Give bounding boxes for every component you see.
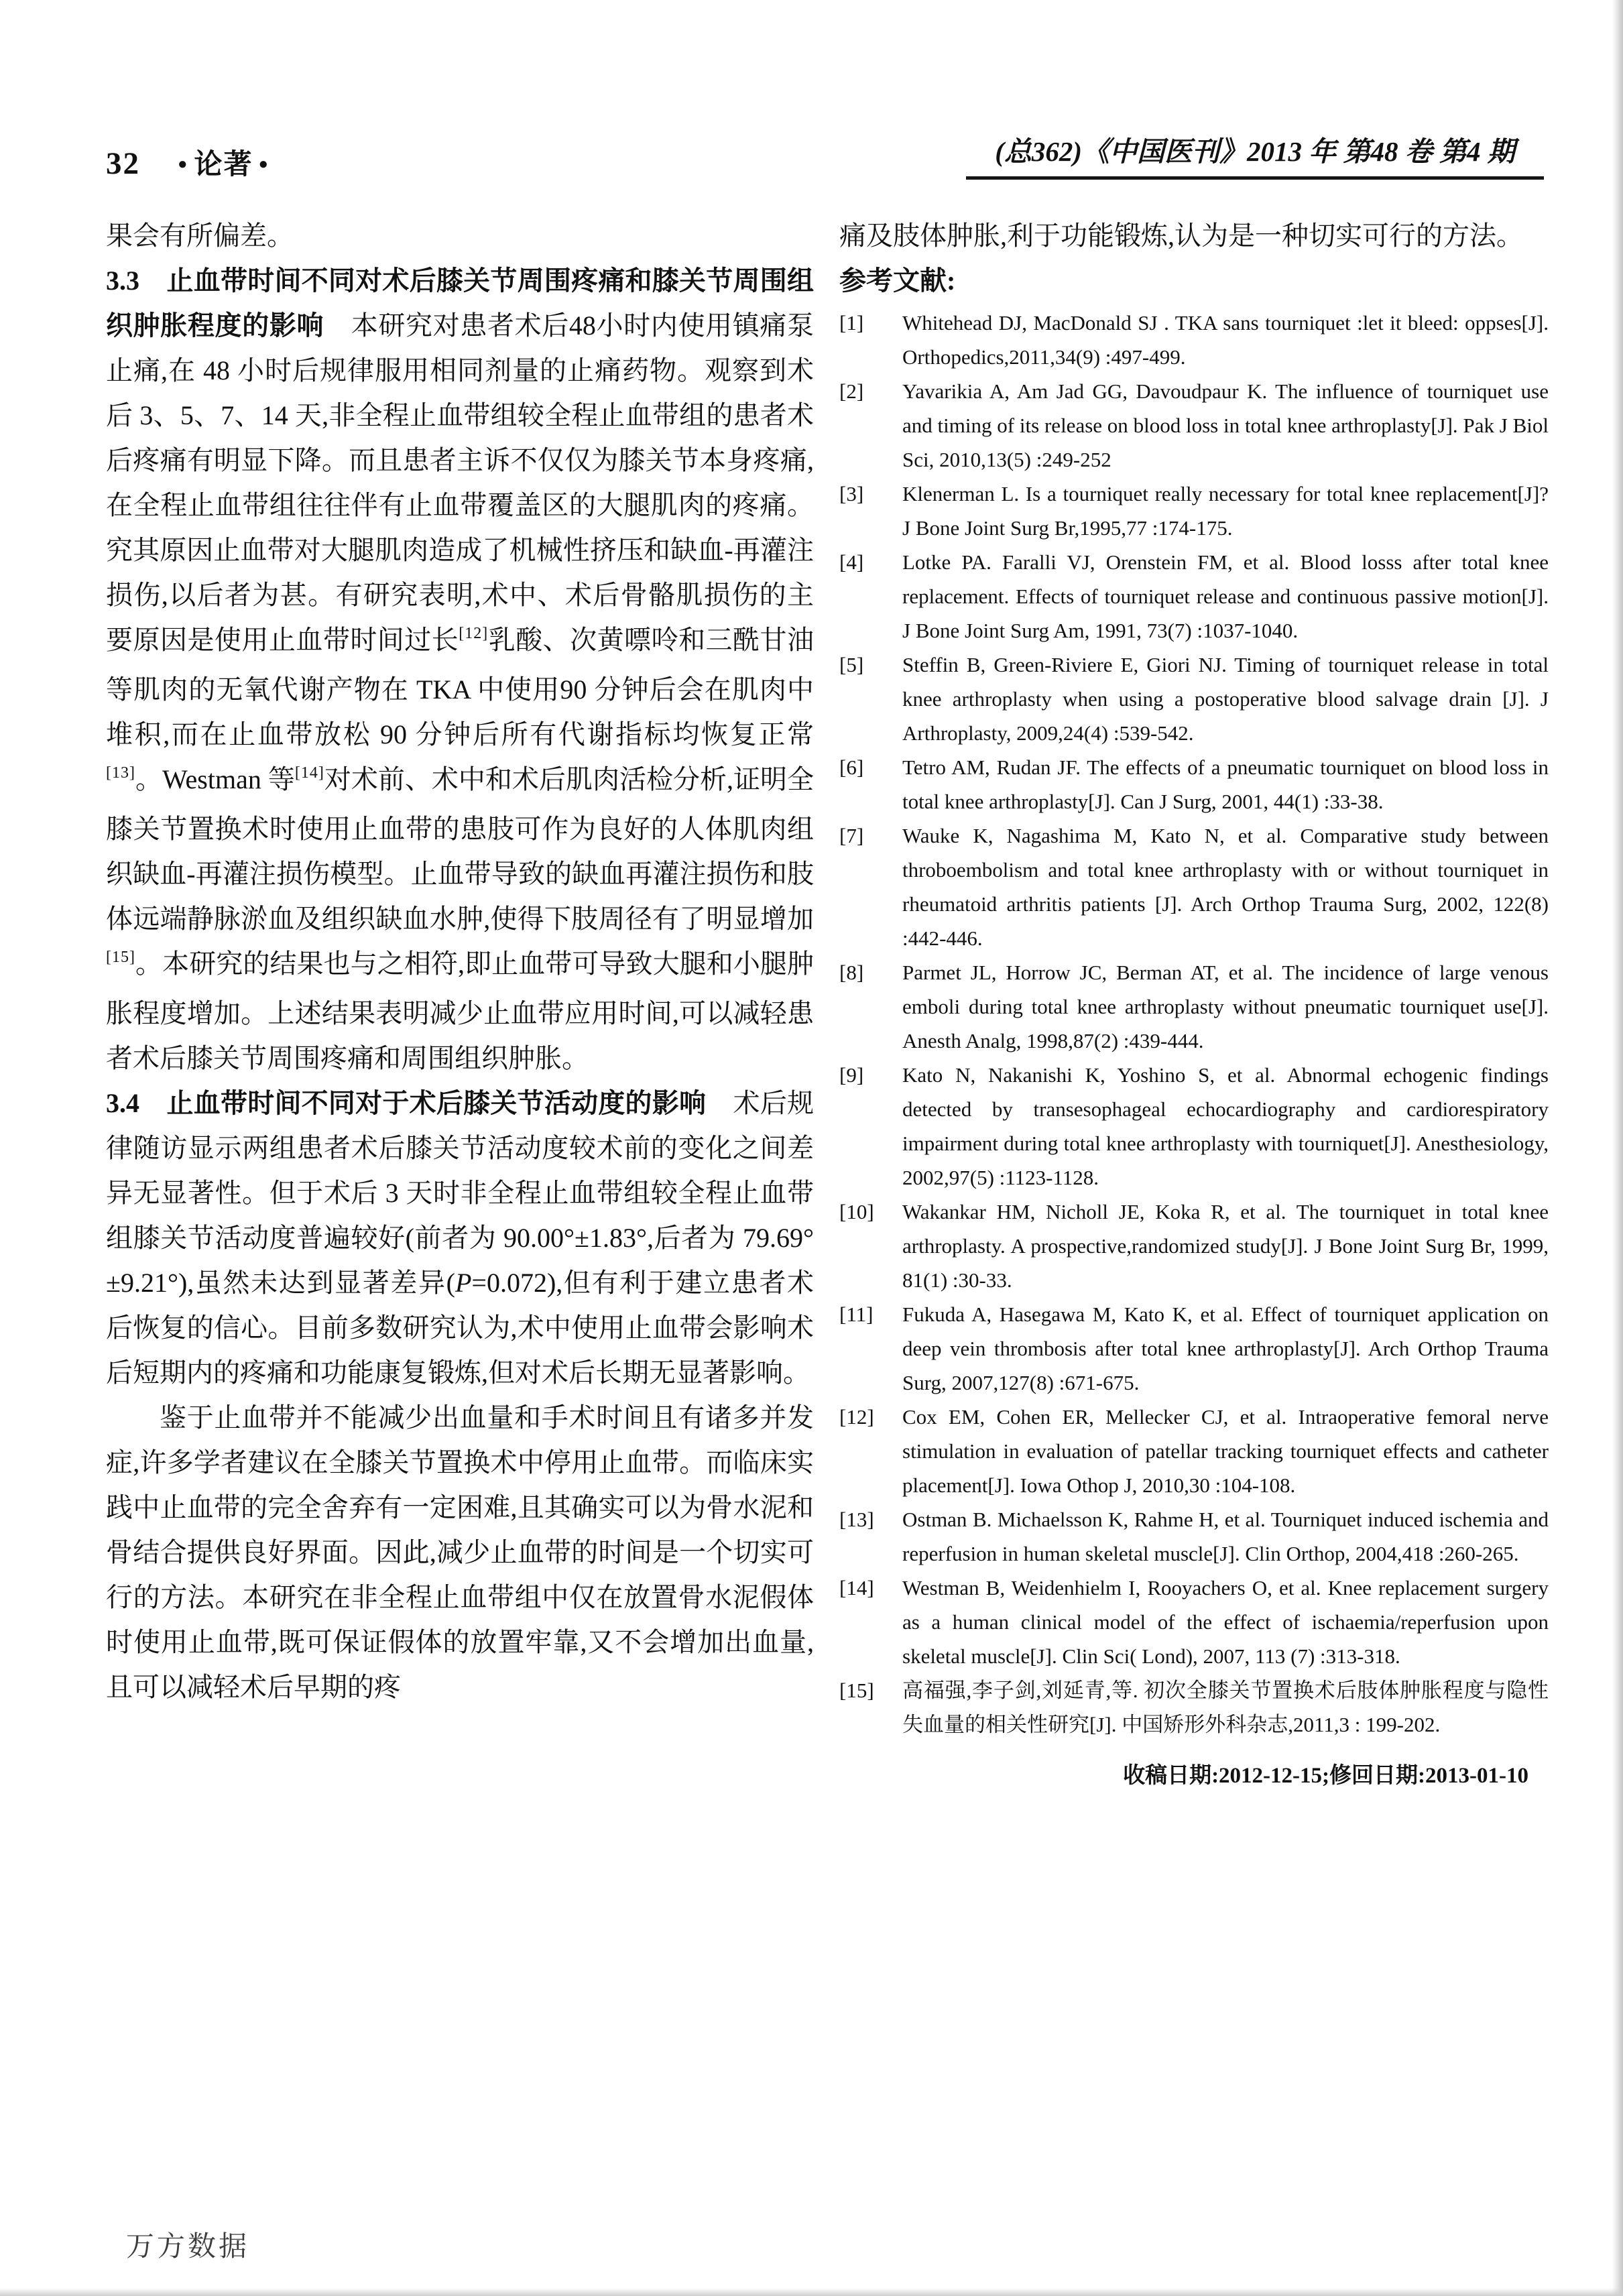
reference-number: [11]	[839, 1297, 902, 1400]
header-left: 32●论著●	[106, 148, 275, 180]
reference-text: Wauke K, Nagashima M, Kato N, et al. Com…	[902, 819, 1549, 955]
reference-item: [13]Ostman B. Michaelsson K, Rahme H, et…	[839, 1502, 1549, 1571]
reference-number: [3]	[839, 477, 902, 545]
right-column: 痛及肢体肿胀,利于功能锻炼,认为是一种切实可行的方法。 参考文献: [1]Whi…	[839, 213, 1549, 1793]
paragraph-section-3-3: 3.3 止血带时间不同对术后膝关节周围疼痛和膝关节周围组织肿胀程度的影响 本研究…	[106, 258, 814, 1081]
reference-item: [7]Wauke K, Nagashima M, Kato N, et al. …	[839, 819, 1549, 955]
reference-text: Yavarikia A, Am Jad GG, Davoudpaur K. Th…	[902, 374, 1549, 477]
reference-number: [12]	[839, 1400, 902, 1502]
reference-item: [9]Kato N, Nakanishi K, Yoshino S, et al…	[839, 1058, 1549, 1195]
reference-text: Kato N, Nakanishi K, Yoshino S, et al. A…	[902, 1058, 1549, 1195]
page-number: 32	[106, 146, 140, 181]
paragraph-section-3-4: 3.4 止血带时间不同对于术后膝关节活动度的影响 术后规律随访显示两组患者术后膝…	[106, 1081, 814, 1395]
references-heading: 参考文献:	[839, 258, 1549, 303]
text-segment: 3.4 止血带时间不同对于术后膝关节活动度的影响	[106, 1088, 706, 1118]
citation-superscript: [13]	[106, 764, 135, 782]
reference-item: [12]Cox EM, Cohen ER, Mellecker CJ, et a…	[839, 1400, 1549, 1502]
citation-superscript: [15]	[106, 949, 135, 966]
citation-superscript: [14]	[295, 764, 324, 782]
citation-superscript: [12]	[459, 625, 488, 642]
references-list: [1]Whitehead DJ, MacDonald SJ . TKA sans…	[839, 306, 1549, 1742]
paragraph: 鉴于止血带并不能减少出血量和手术时间且有诸多并发症,许多学者建议在全膝关节置换术…	[106, 1395, 814, 1709]
reference-number: [5]	[839, 648, 902, 750]
reference-text: Steffin B, Green-Riviere E, Giori NJ. Ti…	[902, 648, 1549, 750]
section-label: 论著	[194, 149, 253, 180]
reference-number: [15]	[839, 1673, 902, 1742]
reference-number: [8]	[839, 955, 902, 1058]
reference-text: Cox EM, Cohen ER, Mellecker CJ, et al. I…	[902, 1400, 1549, 1502]
reference-text: Klenerman L. Is a tourniquet really nece…	[902, 477, 1549, 545]
reference-item: [4]Lotke PA. Faralli VJ, Orenstein FM, e…	[839, 545, 1549, 648]
text-segment: 。本研究的结果也与之相符,即止血带可导致大腿和小腿肿胀程度增加。上述结果表明减少…	[106, 949, 814, 1073]
reference-text: Wakankar HM, Nicholl JE, Koka R, et al. …	[902, 1195, 1549, 1297]
journal-info: (总362)《中国医刊》2013 年 第48 卷 第4 期	[966, 138, 1544, 180]
paragraph: 果会有所偏差。	[106, 213, 814, 258]
received-revised-dates: 收稿日期:2012-12-15;修回日期:2013-01-10	[839, 1759, 1549, 1793]
reference-text: Whitehead DJ, MacDonald SJ . TKA sans to…	[902, 306, 1549, 374]
reference-text: Ostman B. Michaelsson K, Rahme H, et al.…	[902, 1502, 1549, 1571]
reference-text: Westman B, Weidenhielm I, Rooyachers O, …	[902, 1571, 1549, 1673]
reference-item: [8]Parmet JL, Horrow JC, Berman AT, et a…	[839, 955, 1549, 1058]
reference-text: Fukuda A, Hasegawa M, Kato K, et al. Eff…	[902, 1297, 1549, 1400]
text-segment: 术后规律随访显示两组患者术后膝关节活动度较术前的变化之间差异无显著性。但于术后 …	[106, 1088, 814, 1298]
reference-text: 高福强,李子剑,刘延青,等. 初次全膝关节置换术后肢体肿胀程度与隐性失血量的相关…	[902, 1673, 1549, 1742]
reference-text: Parmet JL, Horrow JC, Berman AT, et al. …	[902, 955, 1549, 1058]
reference-item: [3]Klenerman L. Is a tourniquet really n…	[839, 477, 1549, 545]
text-segment: P	[455, 1268, 471, 1298]
page-header: 32●论著● (总362)《中国医刊》2013 年 第48 卷 第4 期	[106, 138, 1544, 180]
reference-item: [5]Steffin B, Green-Riviere E, Giori NJ.…	[839, 648, 1549, 750]
reference-item: [6]Tetro AM, Rudan JF. The effects of a …	[839, 750, 1549, 819]
text-segment: 痛及肢体肿胀,利于功能锻炼,认为是一种切实可行的方法。	[839, 221, 1523, 251]
reference-item: [2]Yavarikia A, Am Jad GG, Davoudpaur K.…	[839, 374, 1549, 477]
reference-number: [10]	[839, 1195, 902, 1297]
scan-edge-right	[1612, 0, 1623, 2296]
bullet-icon: ●	[178, 156, 189, 173]
reference-number: [13]	[839, 1502, 902, 1571]
reference-item: [15]高福强,李子剑,刘延青,等. 初次全膝关节置换术后肢体肿胀程度与隐性失血…	[839, 1673, 1549, 1742]
reference-number: [4]	[839, 545, 902, 648]
left-column: 果会有所偏差。 3.3 止血带时间不同对术后膝关节周围疼痛和膝关节周围组织肿胀程…	[106, 213, 814, 1709]
paragraph: 痛及肢体肿胀,利于功能锻炼,认为是一种切实可行的方法。	[839, 213, 1549, 258]
reference-item: [10]Wakankar HM, Nicholl JE, Koka R, et …	[839, 1195, 1549, 1297]
reference-text: Lotke PA. Faralli VJ, Orenstein FM, et a…	[902, 545, 1549, 648]
scan-edge-bottom	[0, 2288, 1623, 2296]
reference-number: [14]	[839, 1571, 902, 1673]
bullet-icon: ●	[259, 156, 270, 173]
wanfang-watermark: 万方数据	[126, 2224, 249, 2264]
text-segment: 。Westman 等	[135, 764, 295, 794]
reference-number: [7]	[839, 819, 902, 955]
journal-page: 32●论著● (总362)《中国医刊》2013 年 第48 卷 第4 期 果会有…	[0, 0, 1623, 2296]
text-segment: 果会有所偏差。	[106, 221, 294, 251]
reference-item: [11]Fukuda A, Hasegawa M, Kato K, et al.…	[839, 1297, 1549, 1400]
reference-text: Tetro AM, Rudan JF. The effects of a pne…	[902, 750, 1549, 819]
reference-item: [1]Whitehead DJ, MacDonald SJ . TKA sans…	[839, 306, 1549, 374]
reference-number: [9]	[839, 1058, 902, 1195]
reference-number: [2]	[839, 374, 902, 477]
text-segment: 鉴于止血带并不能减少出血量和手术时间且有诸多并发症,许多学者建议在全膝关节置换术…	[106, 1402, 814, 1702]
text-segment: 本研究对患者术后48小时内使用镇痛泵止痛,在 48 小时后规律服用相同剂量的止痛…	[106, 310, 814, 655]
reference-number: [1]	[839, 306, 902, 374]
reference-item: [14]Westman B, Weidenhielm I, Rooyachers…	[839, 1571, 1549, 1673]
reference-number: [6]	[839, 750, 902, 819]
